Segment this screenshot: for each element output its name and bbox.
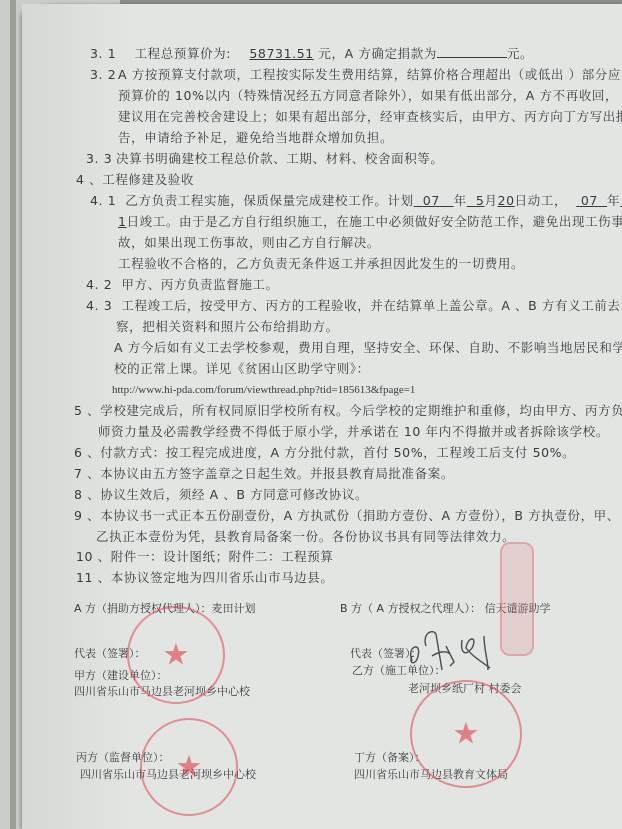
clause-3-1: 3. 1 工程总预算价为: 58731.51 元，A 方确定捐款为元。: [90, 46, 533, 61]
clause-4-1-line: 故，如果出现工伤事故，则由乙方自行解决。: [118, 235, 380, 250]
guide-url[interactable]: http://www.hi-pda.com/forum/viewthread.p…: [112, 383, 415, 398]
clause-5-line: 师资力量及必需教学经费不得低于原小学，并承诺在 10 年内不得撤并或者拆除该学校…: [98, 424, 609, 439]
clause-7: 7 、本协议由五方签字盖章之日起生效。并报县教育局批准备案。: [74, 466, 454, 481]
section-4-title: 4 、工程修建及验收: [76, 172, 194, 187]
star-icon: ★: [176, 750, 203, 785]
contract-page: 3. 1 工程总预算价为: 58731.51 元，A 方确定捐款为元。 3. 2…: [22, 4, 622, 829]
clause-11: 11 、本协议签定地为四川省乐山市马边县。: [76, 570, 333, 585]
clause-3-2-line: A 方按预算支付款项，工程按实际发生费用结算，结算价格合理超出（或低出 ）部分应…: [118, 67, 622, 82]
clause-8: 8 、协议生效后，须经 A 、B 方同意可修改协议。: [74, 487, 368, 502]
clause-6: 6 、付款方式：按工程完成进度，A 方分批付款，首付 50%，工程竣工后支付 5…: [74, 445, 575, 460]
clause-4-3-line: 察，把相关资料和照片公布给捐助方。: [116, 319, 339, 334]
clause-3-2-line: 告，申请给予补足，避免给当地群众增加负担。: [118, 130, 393, 145]
clause-3-2-line: 预算价的 10%以内（特殊情况经五方同意者除外），如果有低出部分，A 方不再收回…: [118, 88, 618, 103]
clause-4-1: 4. 1 乙方负责工程实施，保质保量完成建校工作。计划 07 年 5月20日动工…: [90, 193, 622, 208]
sheet-edge: [10, 0, 16, 829]
clause-3-2-num: 3. 2: [90, 67, 116, 82]
official-seal-jia: ★: [127, 606, 225, 704]
clause-10: 10 、附件一：设计图纸；附件二：工程预算: [76, 549, 333, 564]
official-seal-bing: ★: [140, 718, 238, 816]
clause-4-3-line: 校的正常上课。详见《贫困山区助学守则》：: [114, 361, 370, 376]
official-seal-yi: ★: [410, 680, 522, 788]
clause-5: 5 、学校建完成后，所有权同原旧学校所有权。今后学校的定期维护和重修，均由甲方、…: [74, 403, 622, 418]
clause-4-1-line: 1日竣工。由于是乙方自行组织施工，在施工中必须做好安全防范工作，避免出现工伤事: [118, 214, 622, 229]
clause-3-3-num: 3. 3: [86, 151, 112, 166]
clause-4-2: 4. 2 甲方、丙方负责监督施工。: [86, 277, 279, 292]
clause-4-1-line: 工程验收不合格的，乙方负责无条件返工并承担因此发生的一切费用。: [118, 256, 524, 271]
clause-4-3: 4. 3 工程竣工后，按受甲方、丙方的工程验收，并在结算单上盖公章。A 、B 方…: [86, 298, 622, 313]
donation-blank: [437, 46, 507, 58]
clause-9: 9 、本协议书一式正本五份副壹份，A 方执贰份（捐助方壹份、A 方壹份），B 方…: [74, 508, 620, 523]
clause-9-line: 乙执正本壹份为凭，县教育局备案一份。各份协议书具有同等法律效力。: [96, 529, 515, 544]
budget-amount: 58731.51: [249, 46, 313, 61]
seal-party-b: [500, 542, 534, 656]
party-yi-label: 乙方（施工单位）：: [352, 663, 446, 678]
star-icon: ★: [163, 638, 190, 673]
star-icon: ★: [453, 717, 480, 752]
clause-3-2-line: 建议用在完善校舍建设上；如果有超出部分，经审查核实后，由甲方、丙方向丁方写出报: [118, 109, 622, 124]
clause-4-3-line: A 方今后如有义工去学校参观，费用自理，坚持安全、环保、自助、不影响当地居民和学: [114, 340, 622, 355]
clause-3-3: 决算书明确建校工程总价款、工期、材料、校舍面积等。: [116, 151, 444, 166]
